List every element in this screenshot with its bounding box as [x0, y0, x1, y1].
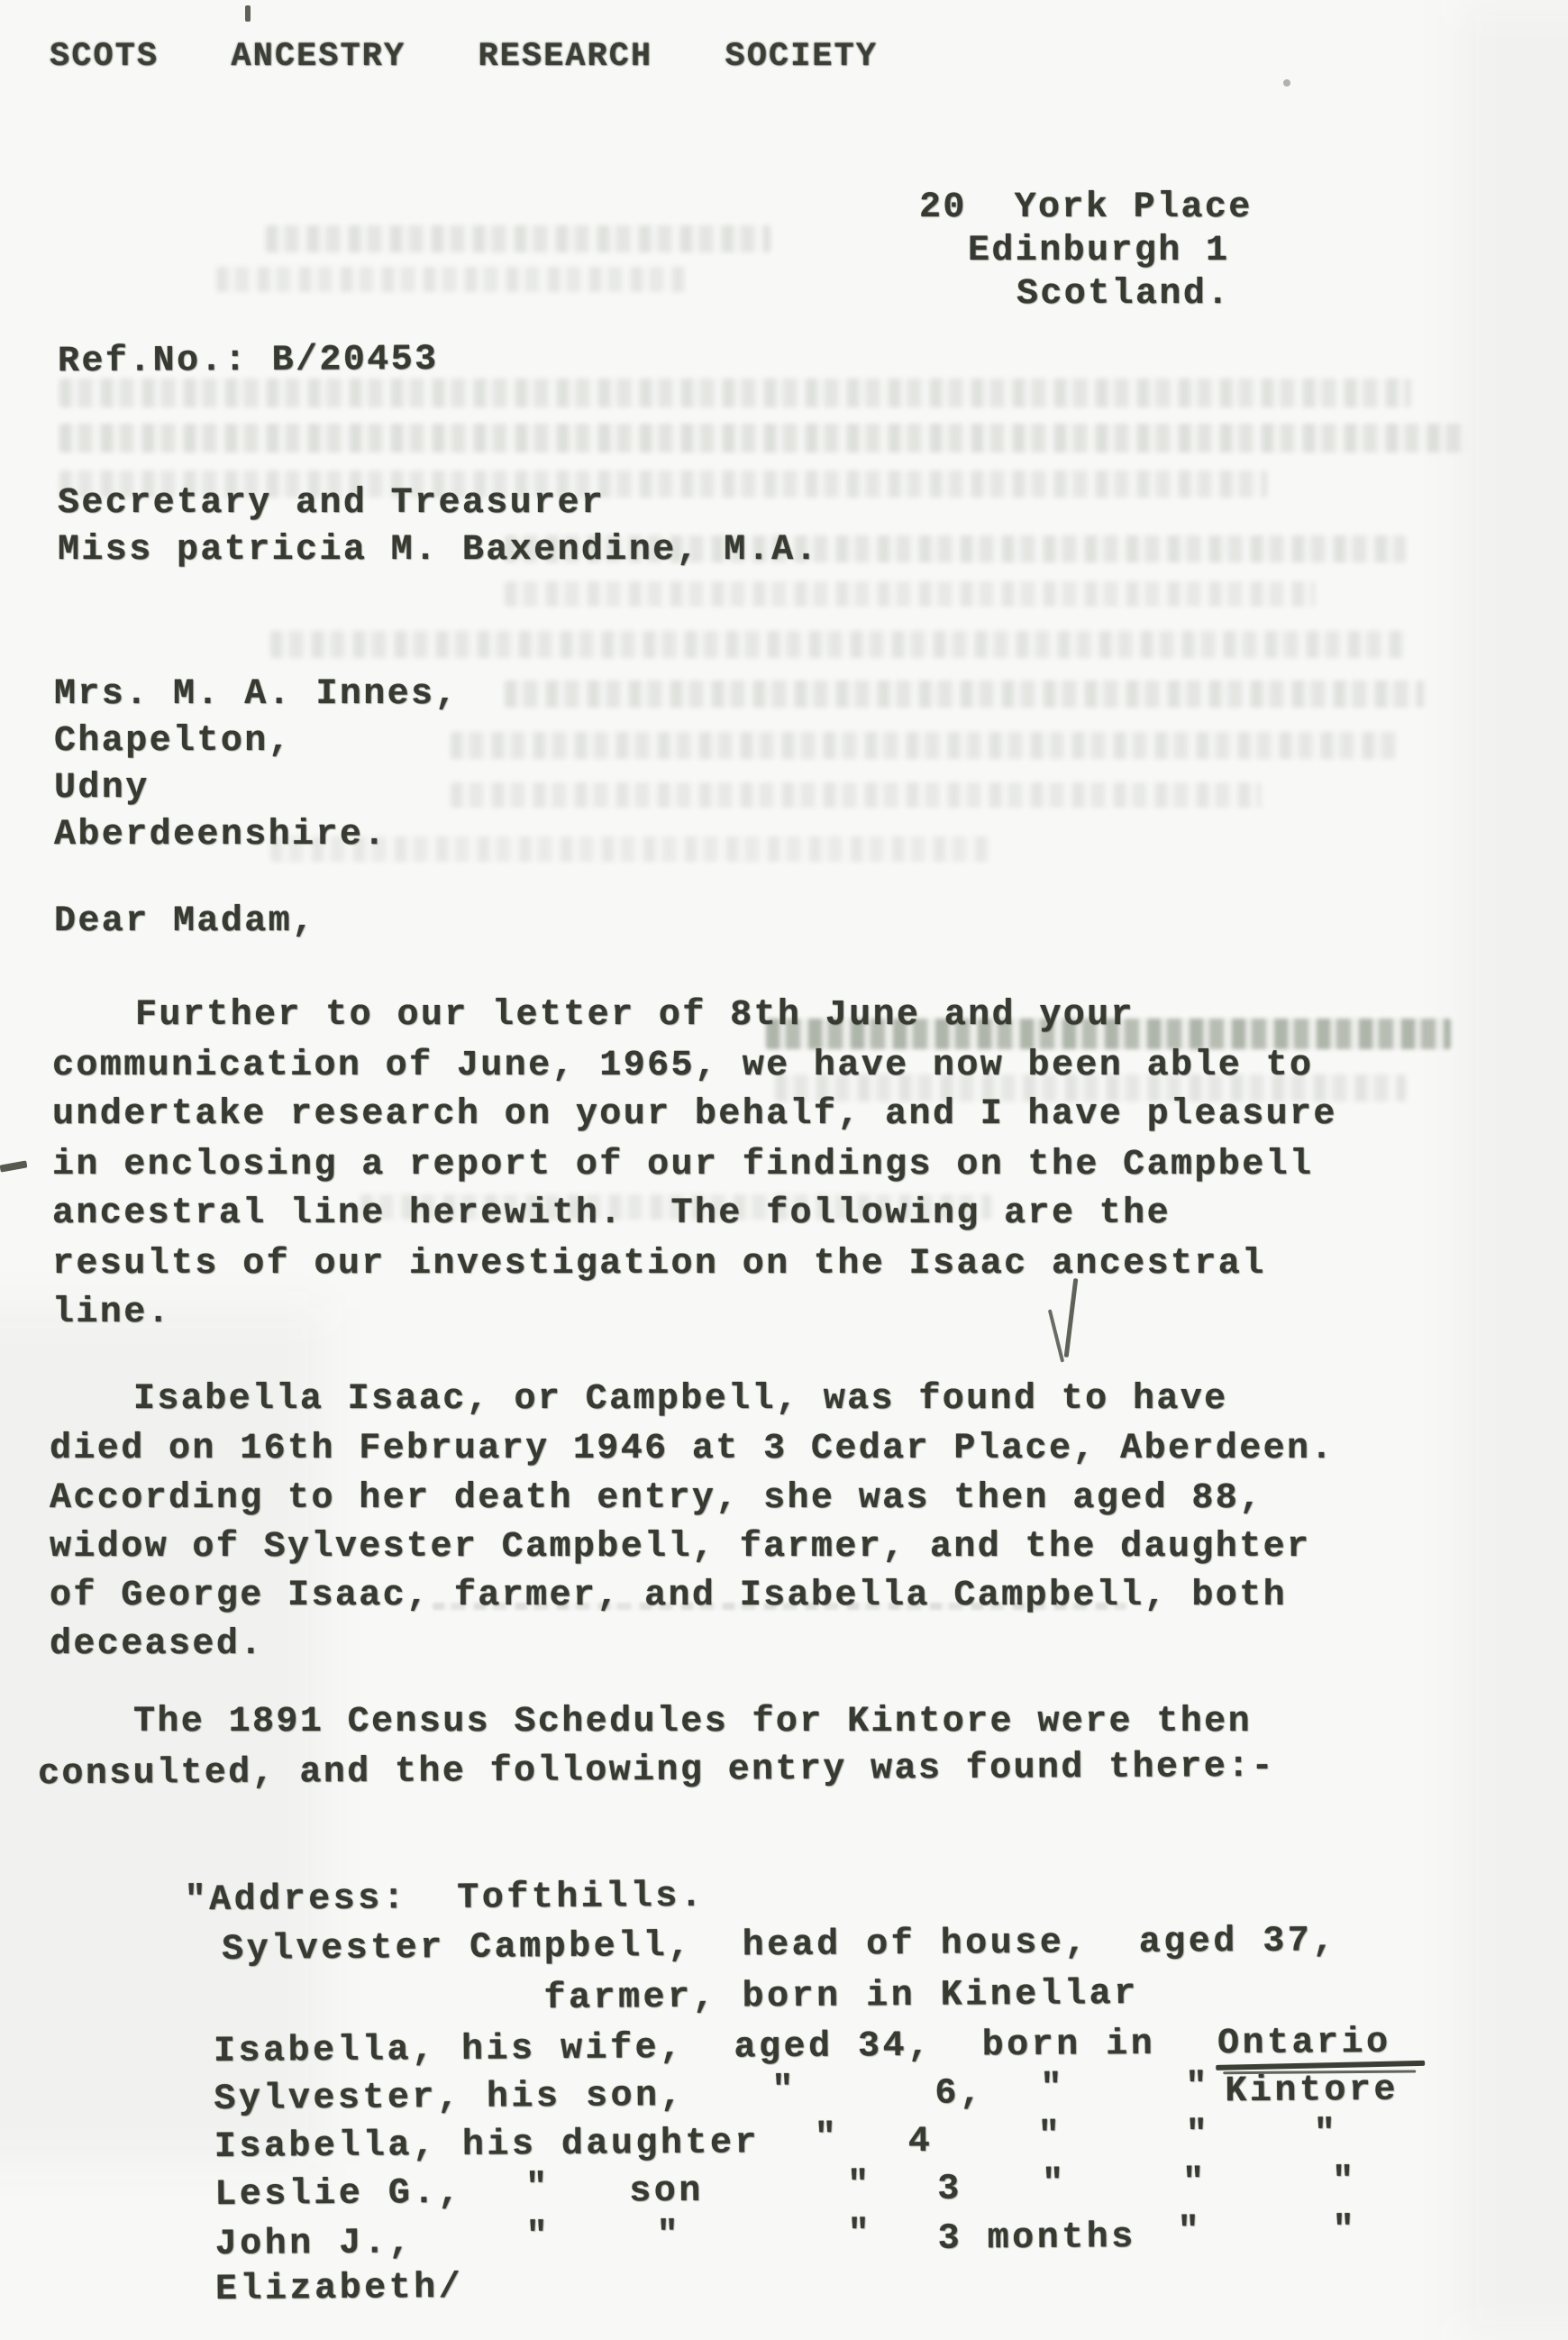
census-ditto-mark: "	[815, 2118, 840, 2160]
census-ditto-mark: "	[847, 2214, 872, 2255]
census-head-of-house-line-2: farmer, born in Kinellar	[543, 1974, 1138, 2020]
letter-scan: SCOTS ANCESTRY RESEARCH SOCIETY 20 York …	[0, 0, 1568, 2340]
census-son-birthplace: Kintore	[1225, 2070, 1399, 2114]
census-ditto-mark: "	[1040, 2069, 1065, 2110]
census-ditto-mark: "	[1332, 2162, 1357, 2203]
census-son3-line: John J.,	[215, 2223, 414, 2266]
census-son-age: 6,	[934, 2073, 984, 2115]
census-wife-line: Isabella, his wife, aged 34, born in	[214, 2025, 1155, 2073]
census-ditto-mark: "	[1185, 2067, 1210, 2108]
census-ditto-mark: "	[656, 2216, 681, 2257]
census-daughter-line: Isabella, his daughter	[214, 2123, 760, 2169]
census-ditto-mark: "	[1186, 2115, 1211, 2156]
census-wife-birthplace: Ontario	[1217, 2023, 1391, 2066]
census-ditto-mark: "	[771, 2070, 797, 2112]
census-daughter-age: 4	[908, 2122, 934, 2163]
census-son-line: Sylvester, his son,	[214, 2076, 685, 2121]
census-ditto-mark: "	[1314, 2114, 1339, 2155]
census-address-line: "Address: Tofthills.	[185, 1877, 706, 1923]
census-ditto-mark: "	[847, 2165, 872, 2207]
census-head-of-house-line: Sylvester Campbell, head of house, aged …	[222, 1921, 1337, 1971]
census-son2-relation: son	[629, 2171, 704, 2214]
census-ditto-mark: "	[1042, 2164, 1067, 2206]
census-son3-age: 3 months	[938, 2217, 1136, 2261]
census-ditto-mark: "	[525, 2168, 551, 2209]
census-ditto-mark: "	[1182, 2162, 1208, 2204]
census-son2-age: 3	[937, 2170, 962, 2211]
census-ditto-mark: "	[525, 2217, 551, 2258]
census-entry-block: "Address: Tofthills. Sylvester Campbell,…	[0, 0, 1568, 2340]
census-son2-line: Leslie G.,	[214, 2173, 462, 2217]
census-ditto-mark: "	[1038, 2116, 1063, 2158]
census-continuation-word: Elizabeth/	[215, 2268, 463, 2311]
census-ditto-mark: "	[1332, 2210, 1357, 2252]
census-ditto-mark: "	[1177, 2211, 1202, 2253]
